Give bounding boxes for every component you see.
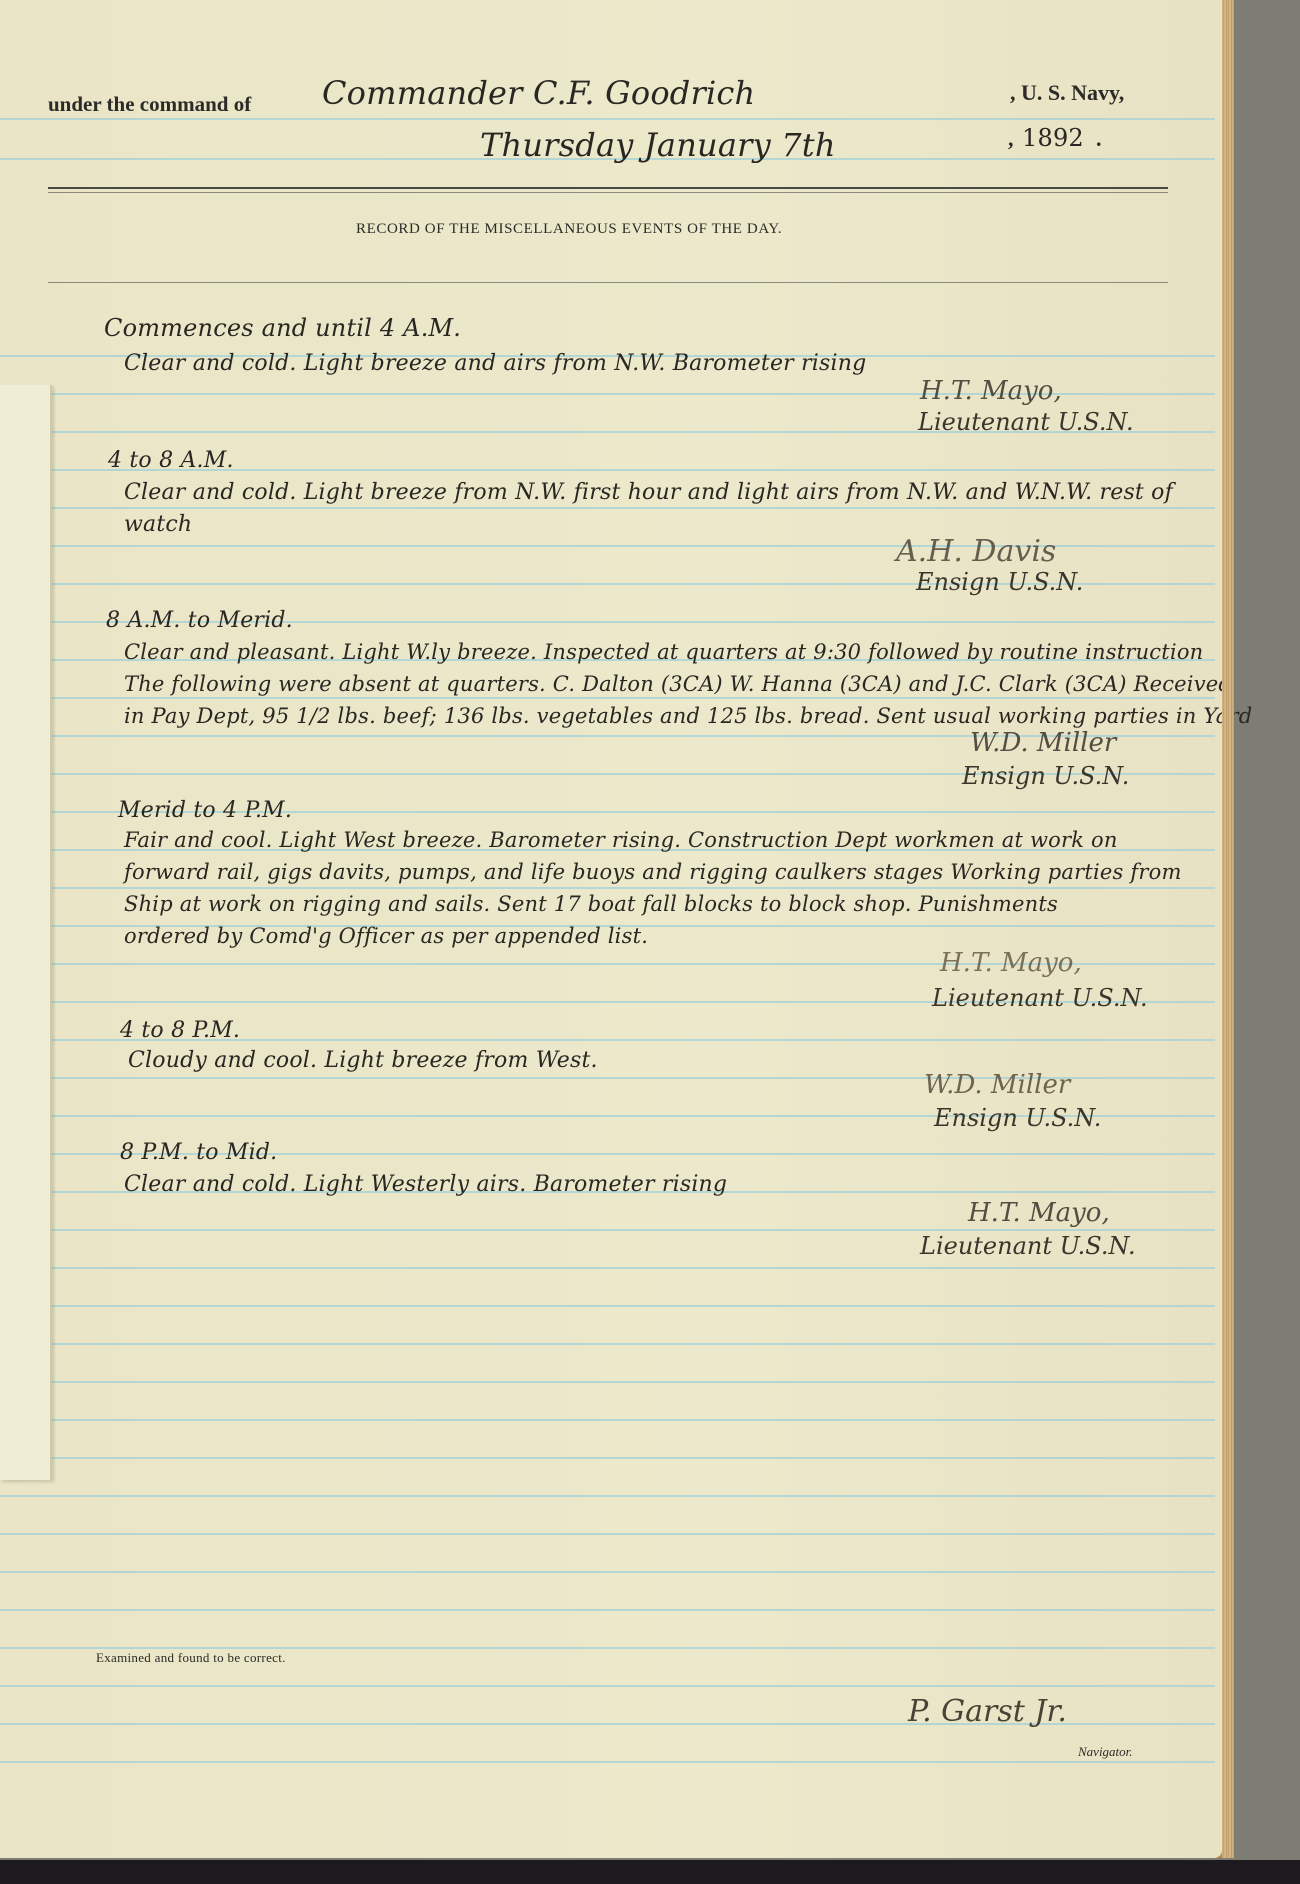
officer-signature: H.T. Mayo, (940, 948, 1082, 978)
watch-entry-line: Fair and cool. Light West breeze. Barome… (124, 828, 1118, 852)
commander-name: Commander C.F. Goodrich (322, 74, 755, 112)
watch-entry-line: Clear and cold. Light breeze from N.W. f… (124, 480, 1173, 505)
officer-rank: Ensign U.S.N. (934, 1104, 1101, 1132)
watch-entry-line: Clear and pleasant. Light W.ly breeze. I… (124, 640, 1203, 664)
watch-entry-line: Ship at work on rigging and sails. Sent … (124, 892, 1058, 916)
officer-rank: Lieutenant U.S.N. (932, 984, 1148, 1012)
ruled-line (0, 1457, 1215, 1459)
watch-entry-line: ordered by Comd'g Officer as per appende… (124, 924, 648, 948)
watch-heading: 4 to 8 P.M. (120, 1018, 240, 1043)
watch-entry-line: Clear and cold. Light Westerly airs. Bar… (124, 1172, 727, 1197)
watch-heading: Commences and until 4 A.M. (104, 314, 461, 342)
watch-heading: 4 to 8 A.M. (108, 448, 234, 473)
watch-entry-line: forward rail, gigs davits, pumps, and li… (124, 860, 1182, 884)
officer-signature: W.D. Miller (924, 1070, 1070, 1100)
year-suffix: . (1096, 126, 1102, 152)
ruled-line (0, 1381, 1215, 1383)
officer-rank: Ensign U.S.N. (962, 762, 1129, 790)
ruled-line (0, 1685, 1215, 1687)
command-label: under the command of (48, 92, 251, 117)
ruled-line (0, 1495, 1215, 1497)
officer-rank: Lieutenant U.S.N. (918, 408, 1134, 436)
header-double-rule (48, 187, 1168, 189)
ruled-line (0, 697, 1215, 699)
navigator-signature: P. Garst Jr. (908, 1694, 1067, 1729)
officer-rank: Ensign U.S.N. (916, 568, 1083, 596)
officer-signature: H.T. Mayo, (968, 1198, 1110, 1228)
scan-bottom-edge (0, 1860, 1300, 1884)
navigator-label: Navigator. (1078, 1744, 1133, 1760)
inserted-sheet-edge (0, 385, 52, 1480)
ruled-line (0, 1761, 1215, 1763)
watch-heading: 8 A.M. to Merid. (106, 608, 293, 633)
watch-entry-line: The following were absent at quarters. C… (124, 672, 1232, 696)
year-prefix: , (1008, 126, 1014, 152)
header-double-rule-thin (48, 192, 1168, 193)
log-date: Thursday January 7th (480, 126, 836, 164)
watch-entry-line: Cloudy and cool. Light breeze from West. (128, 1048, 598, 1073)
ruled-line (0, 887, 1215, 889)
ruled-line (0, 1609, 1215, 1611)
watch-entry-line: watch (124, 512, 192, 537)
ruled-line (0, 1533, 1215, 1535)
ruled-line (0, 118, 1215, 120)
ruled-line (0, 1647, 1215, 1649)
page-stack-edge (1222, 0, 1234, 1858)
ruled-line (0, 1229, 1215, 1231)
watch-heading: 8 P.M. to Mid. (120, 1140, 277, 1165)
ruled-line (0, 1305, 1215, 1307)
watch-entry-line: Clear and cold. Light breeze and airs fr… (124, 351, 866, 376)
section-rule (48, 282, 1168, 283)
logbook-page: under the command of Commander C.F. Good… (0, 0, 1222, 1858)
examined-label: Examined and found to be correct. (96, 1650, 286, 1666)
ruled-line (0, 1343, 1215, 1345)
service-suffix: , U. S. Navy, (1010, 80, 1124, 106)
ruled-line (0, 1419, 1215, 1421)
year-value: 1892 (1022, 124, 1084, 152)
watch-entry-line: in Pay Dept, 95 1/2 lbs. beef; 136 lbs. … (124, 704, 1252, 728)
section-title: RECORD OF THE MISCELLANEOUS EVENTS OF TH… (356, 221, 782, 238)
watch-heading: Merid to 4 P.M. (118, 798, 292, 823)
ruled-line (0, 1571, 1215, 1573)
officer-signature: H.T. Mayo, (920, 376, 1062, 406)
officer-signature: W.D. Miller (970, 728, 1116, 758)
officer-rank: Lieutenant U.S.N. (920, 1232, 1136, 1260)
officer-signature: A.H. Davis (896, 534, 1056, 569)
ruled-line (0, 507, 1215, 509)
ruled-line (0, 1267, 1215, 1269)
